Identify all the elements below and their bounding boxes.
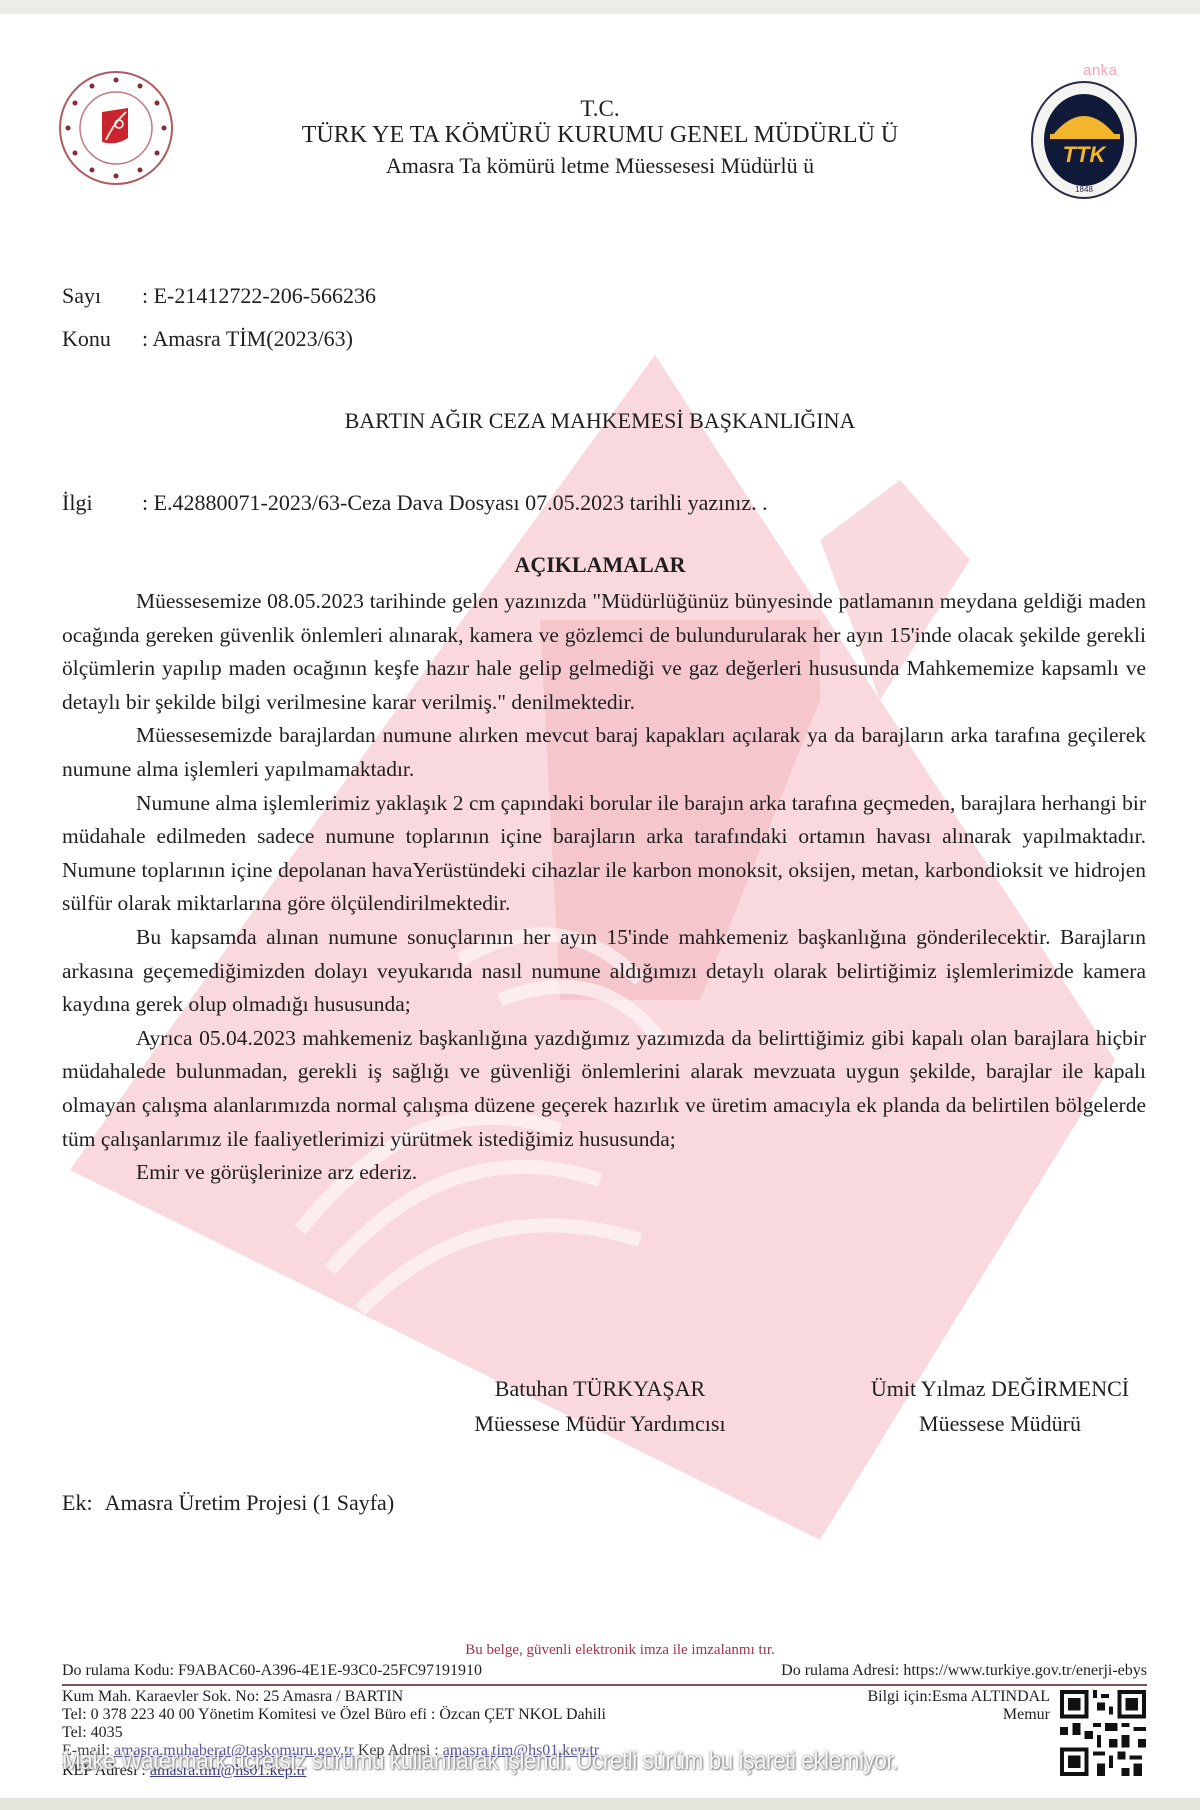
contact-role: Memur	[760, 1706, 1050, 1724]
address-line: Kum Mah. Karaevler Sok. No: 25 Amasra / …	[62, 1688, 606, 1706]
paragraph: Bu kapsamda alınan numune sonuçlarının h…	[62, 921, 1146, 1022]
document-subject: Konu: Amasra TİM(2023/63)	[62, 326, 353, 352]
konu-value: : Amasra TİM(2023/63)	[142, 326, 353, 351]
extension-line: Tel: 4035	[62, 1724, 606, 1742]
phone-line: Tel: 0 378 223 40 00 Yönetim Komitesi ve…	[62, 1706, 606, 1724]
institution-address: Kum Mah. Karaevler Sok. No: 25 Amasra / …	[62, 1688, 606, 1742]
signature-deputy: Batuhan TÜRKYAŞAR Müessese Müdür Yardımc…	[440, 1371, 760, 1441]
ilgi-label: İlgi	[62, 490, 142, 516]
document-number: Sayı: E-21412722-206-566236	[62, 283, 376, 309]
signer-title: Müessese Müdür Yardımcısı	[440, 1406, 760, 1441]
header-organization: TÜRK YE TA KÖMÜRÜ KURUMU GENEL MÜDÜRLÜ Ü	[250, 121, 950, 149]
header-tc: T.C.	[250, 95, 950, 123]
konu-label: Konu	[62, 326, 142, 352]
signer-name: Ümit Yılmaz DEĞİRMENCİ	[840, 1371, 1160, 1406]
attachment-label: Ek:	[62, 1490, 93, 1515]
paragraph: Müessesemizde barajlardan numune alırken…	[62, 719, 1146, 786]
reference: İlgi: E.42880071-2023/63-Ceza Dava Dosya…	[62, 490, 768, 516]
agency-mark: anka	[1083, 62, 1118, 79]
sayi-value: : E-21412722-206-566236	[142, 283, 376, 308]
overlay-watermark: Make Watermark ücretsiz sürümü kullanıla…	[62, 1747, 1052, 1776]
attachment: Ek:Amasra Üretim Projesi (1 Sayfa)	[62, 1490, 394, 1516]
signature-director: Ümit Yılmaz DEĞİRMENCİ Müessese Müdürü	[840, 1371, 1160, 1441]
verification-address: Do rulama Adresi: https://www.turkiye.go…	[62, 1662, 1147, 1680]
contact-person: Bilgi için:Esma ALTINDAL	[760, 1688, 1050, 1706]
paragraph: Müessesemize 08.05.2023 tarihinde gelen …	[62, 585, 1146, 719]
signer-name: Batuhan TÜRKYAŞAR	[440, 1371, 760, 1406]
svg-text:TTK: TTK	[1063, 142, 1108, 167]
ttk-helmet-logo-icon: TTK 1848	[1028, 78, 1140, 202]
header-unit: Amasra Ta kömürü letme Müessesesi Müdürl…	[250, 152, 950, 180]
footer-divider	[62, 1684, 1147, 1686]
document-body: Müessesemize 08.05.2023 tarihinde gelen …	[62, 585, 1146, 1190]
section-title: AÇIKLAMALAR	[0, 552, 1200, 578]
contact-info: Bilgi için:Esma ALTINDAL Memur	[760, 1688, 1050, 1724]
svg-text:1848: 1848	[1075, 185, 1093, 194]
ilgi-value: : E.42880071-2023/63-Ceza Dava Dosyası 0…	[142, 490, 768, 515]
recipient: BARTIN AĞIR CEZA MAHKEMESİ BAŞKANLIĞINA	[0, 408, 1200, 434]
paragraph: Emir ve görüşlerinize arz ederiz.	[62, 1156, 1146, 1190]
sayi-label: Sayı	[62, 283, 142, 309]
esignature-note: Bu belge, güvenli elektronik imza ile im…	[0, 1642, 1200, 1659]
signer-title: Müessese Müdürü	[840, 1406, 1160, 1441]
paragraph: Numune alma işlemlerimiz yaklaşık 2 cm ç…	[62, 787, 1146, 921]
paragraph: Ayrıca 05.04.2023 mahkemeniz başkanlığın…	[62, 1022, 1146, 1156]
attachment-value: Amasra Üretim Projesi (1 Sayfa)	[105, 1490, 395, 1515]
qr-code-icon	[1060, 1690, 1146, 1776]
ministry-seal-icon	[56, 68, 176, 188]
